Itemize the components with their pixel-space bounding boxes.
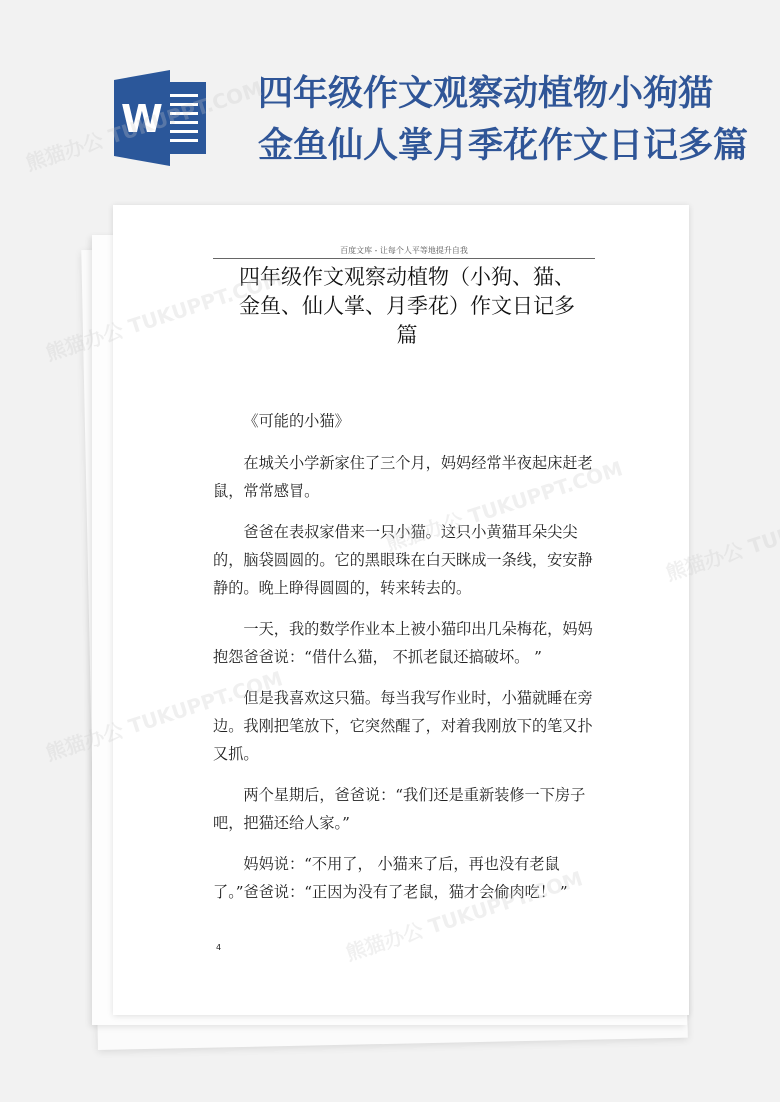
paragraph: 爸爸在表叔家借来一只小猫。这只小黄猫耳朵尖尖的，脑袋圆圆的。它的黑眼珠在白天眯成… (213, 518, 598, 602)
banner-title: 四年级作文观察动植物小狗猫 金鱼仙人掌月季花作文日记多篇 (258, 68, 758, 172)
document-body: 《可能的小猫》 在城关小学新家住了三个月，妈妈经常半夜起床赶老鼠，常常感冒。 爸… (213, 407, 598, 919)
page-number: 4 (216, 943, 221, 952)
banner-title-line-1: 四年级作文观察动植物小狗猫 (258, 68, 758, 120)
document-title-line-3: 篇 (213, 321, 601, 350)
page-header: 百度文库 - 让每个人平等地提升自我 (213, 245, 595, 259)
document-title-line-1: 四年级作文观察动植物（小狗、猫、 (213, 263, 601, 292)
paragraph: 一天，我的数学作业本上被小猫印出几朵梅花，妈妈抱怨爸爸说：“借什么猫， 不抓老鼠… (213, 615, 598, 671)
paragraph: 两个星期后，爸爸说：“我们还是重新装修一下房子吧，把猫还给人家。” (213, 781, 598, 837)
paragraph: 但是我喜欢这只猫。每当我写作业时，小猫就睡在旁边。我刚把笔放下，它突然醒了，对着… (213, 684, 598, 768)
svg-text:W: W (121, 97, 163, 141)
essay-subtitle: 《可能的小猫》 (213, 407, 598, 435)
paragraph: 妈妈说：“不用了， 小猫来了后，再也没有老鼠了。”爸爸说：“正因为没有了老鼠，猫… (213, 850, 598, 906)
banner-title-line-2: 金鱼仙人掌月季花作文日记多篇 (258, 120, 758, 172)
banner: W 四年级作文观察动植物小狗猫 金鱼仙人掌月季花作文日记多篇 (0, 0, 780, 190)
document-title: 四年级作文观察动植物（小狗、猫、 金鱼、仙人掌、月季花）作文日记多 篇 (213, 263, 601, 350)
paragraph: 在城关小学新家住了三个月，妈妈经常半夜起床赶老鼠，常常感冒。 (213, 449, 598, 505)
word-icon: W (108, 70, 210, 166)
document-page: 百度文库 - 让每个人平等地提升自我 四年级作文观察动植物（小狗、猫、 金鱼、仙… (113, 205, 689, 1015)
document-title-line-2: 金鱼、仙人掌、月季花）作文日记多 (213, 292, 601, 321)
